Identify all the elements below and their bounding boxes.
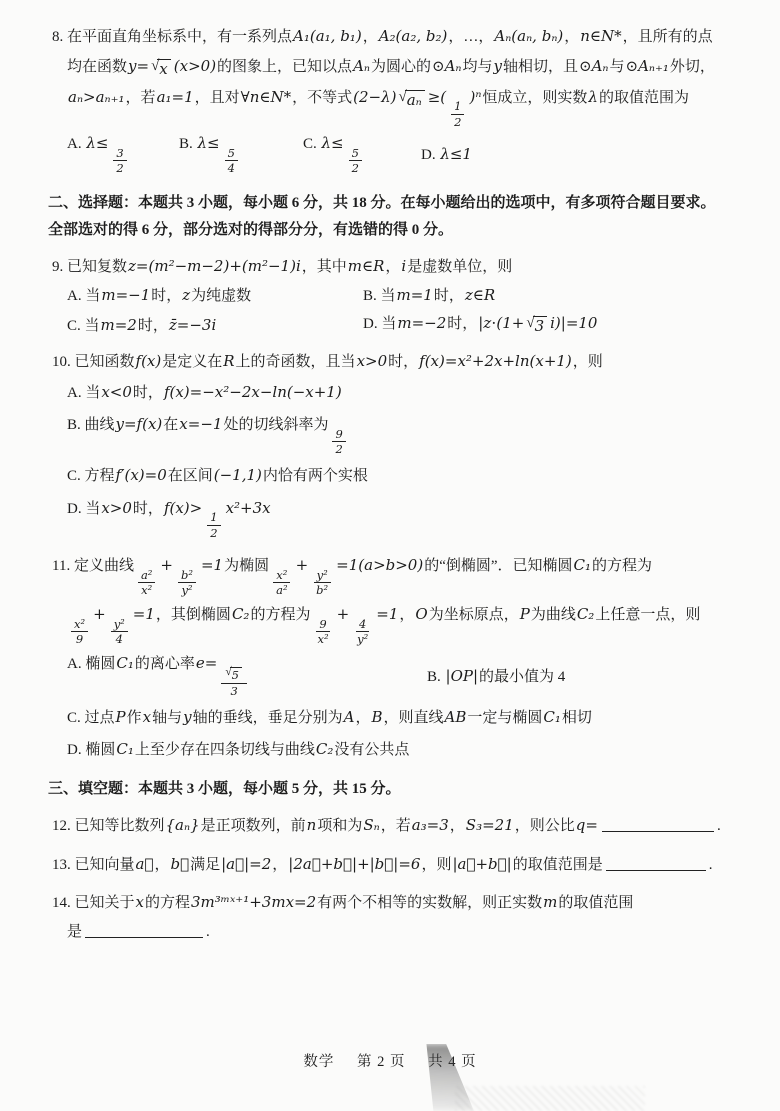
- q9-option-d: D. 当m=−2时，|z⋅(1+√3i)|=10: [363, 312, 736, 337]
- scan-texture-artifact: [455, 1086, 645, 1111]
- section-2-header-line-2: 全部选对的得 6 分，部分选对的得部分分，有选错的得 0 分。: [48, 217, 736, 244]
- exam-page: 8. 在平面直角坐标系中，有一系列点A₁(a₁, b₁)，A₂(a₂, b₂)，…: [0, 0, 780, 1111]
- question-11: 11. 定义曲线a²x²+b²y²=1为椭圆x²a²+y²b²=1(a>b>0)…: [52, 553, 736, 762]
- q10-option-c: C. 方程f′(x)=0在区间(−1,1)内恰有两个实根: [52, 463, 736, 488]
- question-13-stem: 13. 已知向量a⃗，b⃗满足|a⃗|=2，|2a⃗+b⃗|+|b⃗|=6，则|…: [52, 852, 736, 877]
- question-14-line-2: 是.: [52, 920, 736, 944]
- question-10: 10. 已知函数f(x)是定义在R上的奇函数，且当x>0时，f(x)=x²+2x…: [52, 349, 736, 540]
- q9-option-a: A. 当m=−1时，z为纯虚数: [67, 284, 363, 305]
- q11-option-c: C. 过点P作x轴与y轴的垂线，垂足分别为A，B，则直线AB一定与椭圆C₁相切: [52, 705, 736, 730]
- q10-option-b: B. 曲线y=f(x)在x=−1处的切线斜率为92: [52, 412, 736, 456]
- question-11-line-1: 11. 定义曲线a²x²+b²y²=1为椭圆x²a²+y²b²=1(a>b>0)…: [52, 553, 736, 597]
- section-2-header: 二、选择题：本题共 3 小题，每小题 6 分，共 18 分。在每小题给出的选项中…: [48, 190, 736, 244]
- question-14: 14. 已知关于x的方程3m³ᵐˣ⁺¹+3mx=2有两个不相等的实数解，则正实数…: [52, 890, 736, 945]
- q10-option-a: A. 当x<0时，f(x)=−x²−2x−ln(−x+1): [52, 380, 736, 405]
- q8-option-b: B. λ≤54: [179, 134, 303, 175]
- question-14-line-1: 14. 已知关于x的方程3m³ᵐˣ⁺¹+3mx=2有两个不相等的实数解，则正实数…: [52, 890, 736, 915]
- exam-content: 8. 在平面直角坐标系中，有一系列点A₁(a₁, b₁)，A₂(a₂, b₂)，…: [0, 0, 780, 944]
- question-10-stem: 10. 已知函数f(x)是定义在R上的奇函数，且当x>0时，f(x)=x²+2x…: [52, 349, 736, 374]
- q11-option-b: B. |OP|的最小值为 4: [427, 665, 736, 686]
- question-8-line-2: 均在函数y=√x(x>0)的图象上，已知以点Aₙ为圆心的⊙Aₙ均与y轴相切，且⊙…: [52, 54, 736, 80]
- q11-option-d: D. 椭圆C₁上至少存在四条切线与曲线C₂没有公共点: [52, 737, 736, 762]
- page-footer: 数学 第 2 页 共 4 页: [0, 1050, 780, 1071]
- question-9-stem: 9. 已知复数z=(m²−m−2)+(m²−1)i，其中m∈R，i是虚数单位，则: [52, 254, 736, 279]
- section-3-header-line-1: 三、填空题：本题共 3 小题，每小题 5 分，共 15 分。: [48, 776, 736, 803]
- q11-option-a: A. 椭圆C₁的离心率e=√53: [67, 652, 427, 699]
- q8-option-c: C. λ≤52: [303, 134, 421, 175]
- footer-subject: 数学: [303, 1054, 334, 1070]
- question-11-options-ab: A. 椭圆C₁的离心率e=√53 B. |OP|的最小值为 4: [52, 652, 736, 699]
- question-9-options: A. 当m=−1时，z为纯虚数 B. 当m=1时，z∈R C. 当m=2时，z̄…: [52, 284, 736, 337]
- section-2-header-line-1: 二、选择题：本题共 3 小题，每小题 6 分，共 18 分。在每小题给出的选项中…: [48, 190, 736, 217]
- question-8-line-1: 8. 在平面直角坐标系中，有一系列点A₁(a₁, b₁)，A₂(a₂, b₂)，…: [52, 24, 736, 49]
- question-12-stem: 12. 已知等比数列{aₙ}是正项数列，前n项和为Sₙ，若a₃=3，S₃=21，…: [52, 813, 736, 838]
- question-9: 9. 已知复数z=(m²−m−2)+(m²−1)i，其中m∈R，i是虚数单位，则…: [52, 254, 736, 337]
- q10-option-d: D. 当x>0时，f(x)>12x²+3x: [52, 496, 736, 540]
- question-8-line-3: aₙ>aₙ₊₁，若a₁=1，且对∀n∈N*，不等式(2−λ)√aₙ≥(12)ⁿ恒…: [52, 85, 736, 129]
- q9-option-c: C. 当m=2时，z̄=−3i: [67, 314, 363, 335]
- q8-option-a: A. λ≤32: [67, 134, 179, 175]
- question-13: 13. 已知向量a⃗，b⃗满足|a⃗|=2，|2a⃗+b⃗|+|b⃗|=6，则|…: [52, 852, 736, 877]
- q8-option-d: D. λ≤1: [421, 145, 736, 164]
- question-12: 12. 已知等比数列{aₙ}是正项数列，前n项和为Sₙ，若a₃=3，S₃=21，…: [52, 813, 736, 838]
- q9-option-b: B. 当m=1时，z∈R: [363, 284, 736, 305]
- question-8: 8. 在平面直角坐标系中，有一系列点A₁(a₁, b₁)，A₂(a₂, b₂)，…: [52, 24, 736, 176]
- section-3-header: 三、填空题：本题共 3 小题，每小题 5 分，共 15 分。: [48, 776, 736, 803]
- question-11-line-2: x²9+y²4=1，其倒椭圆C₂的方程为9x²+4y²=1，O为坐标原点，P为曲…: [52, 602, 736, 646]
- footer-page-number: 第 2 页: [357, 1054, 406, 1070]
- question-8-options: A. λ≤32 B. λ≤54 C. λ≤52 D. λ≤1: [52, 134, 736, 175]
